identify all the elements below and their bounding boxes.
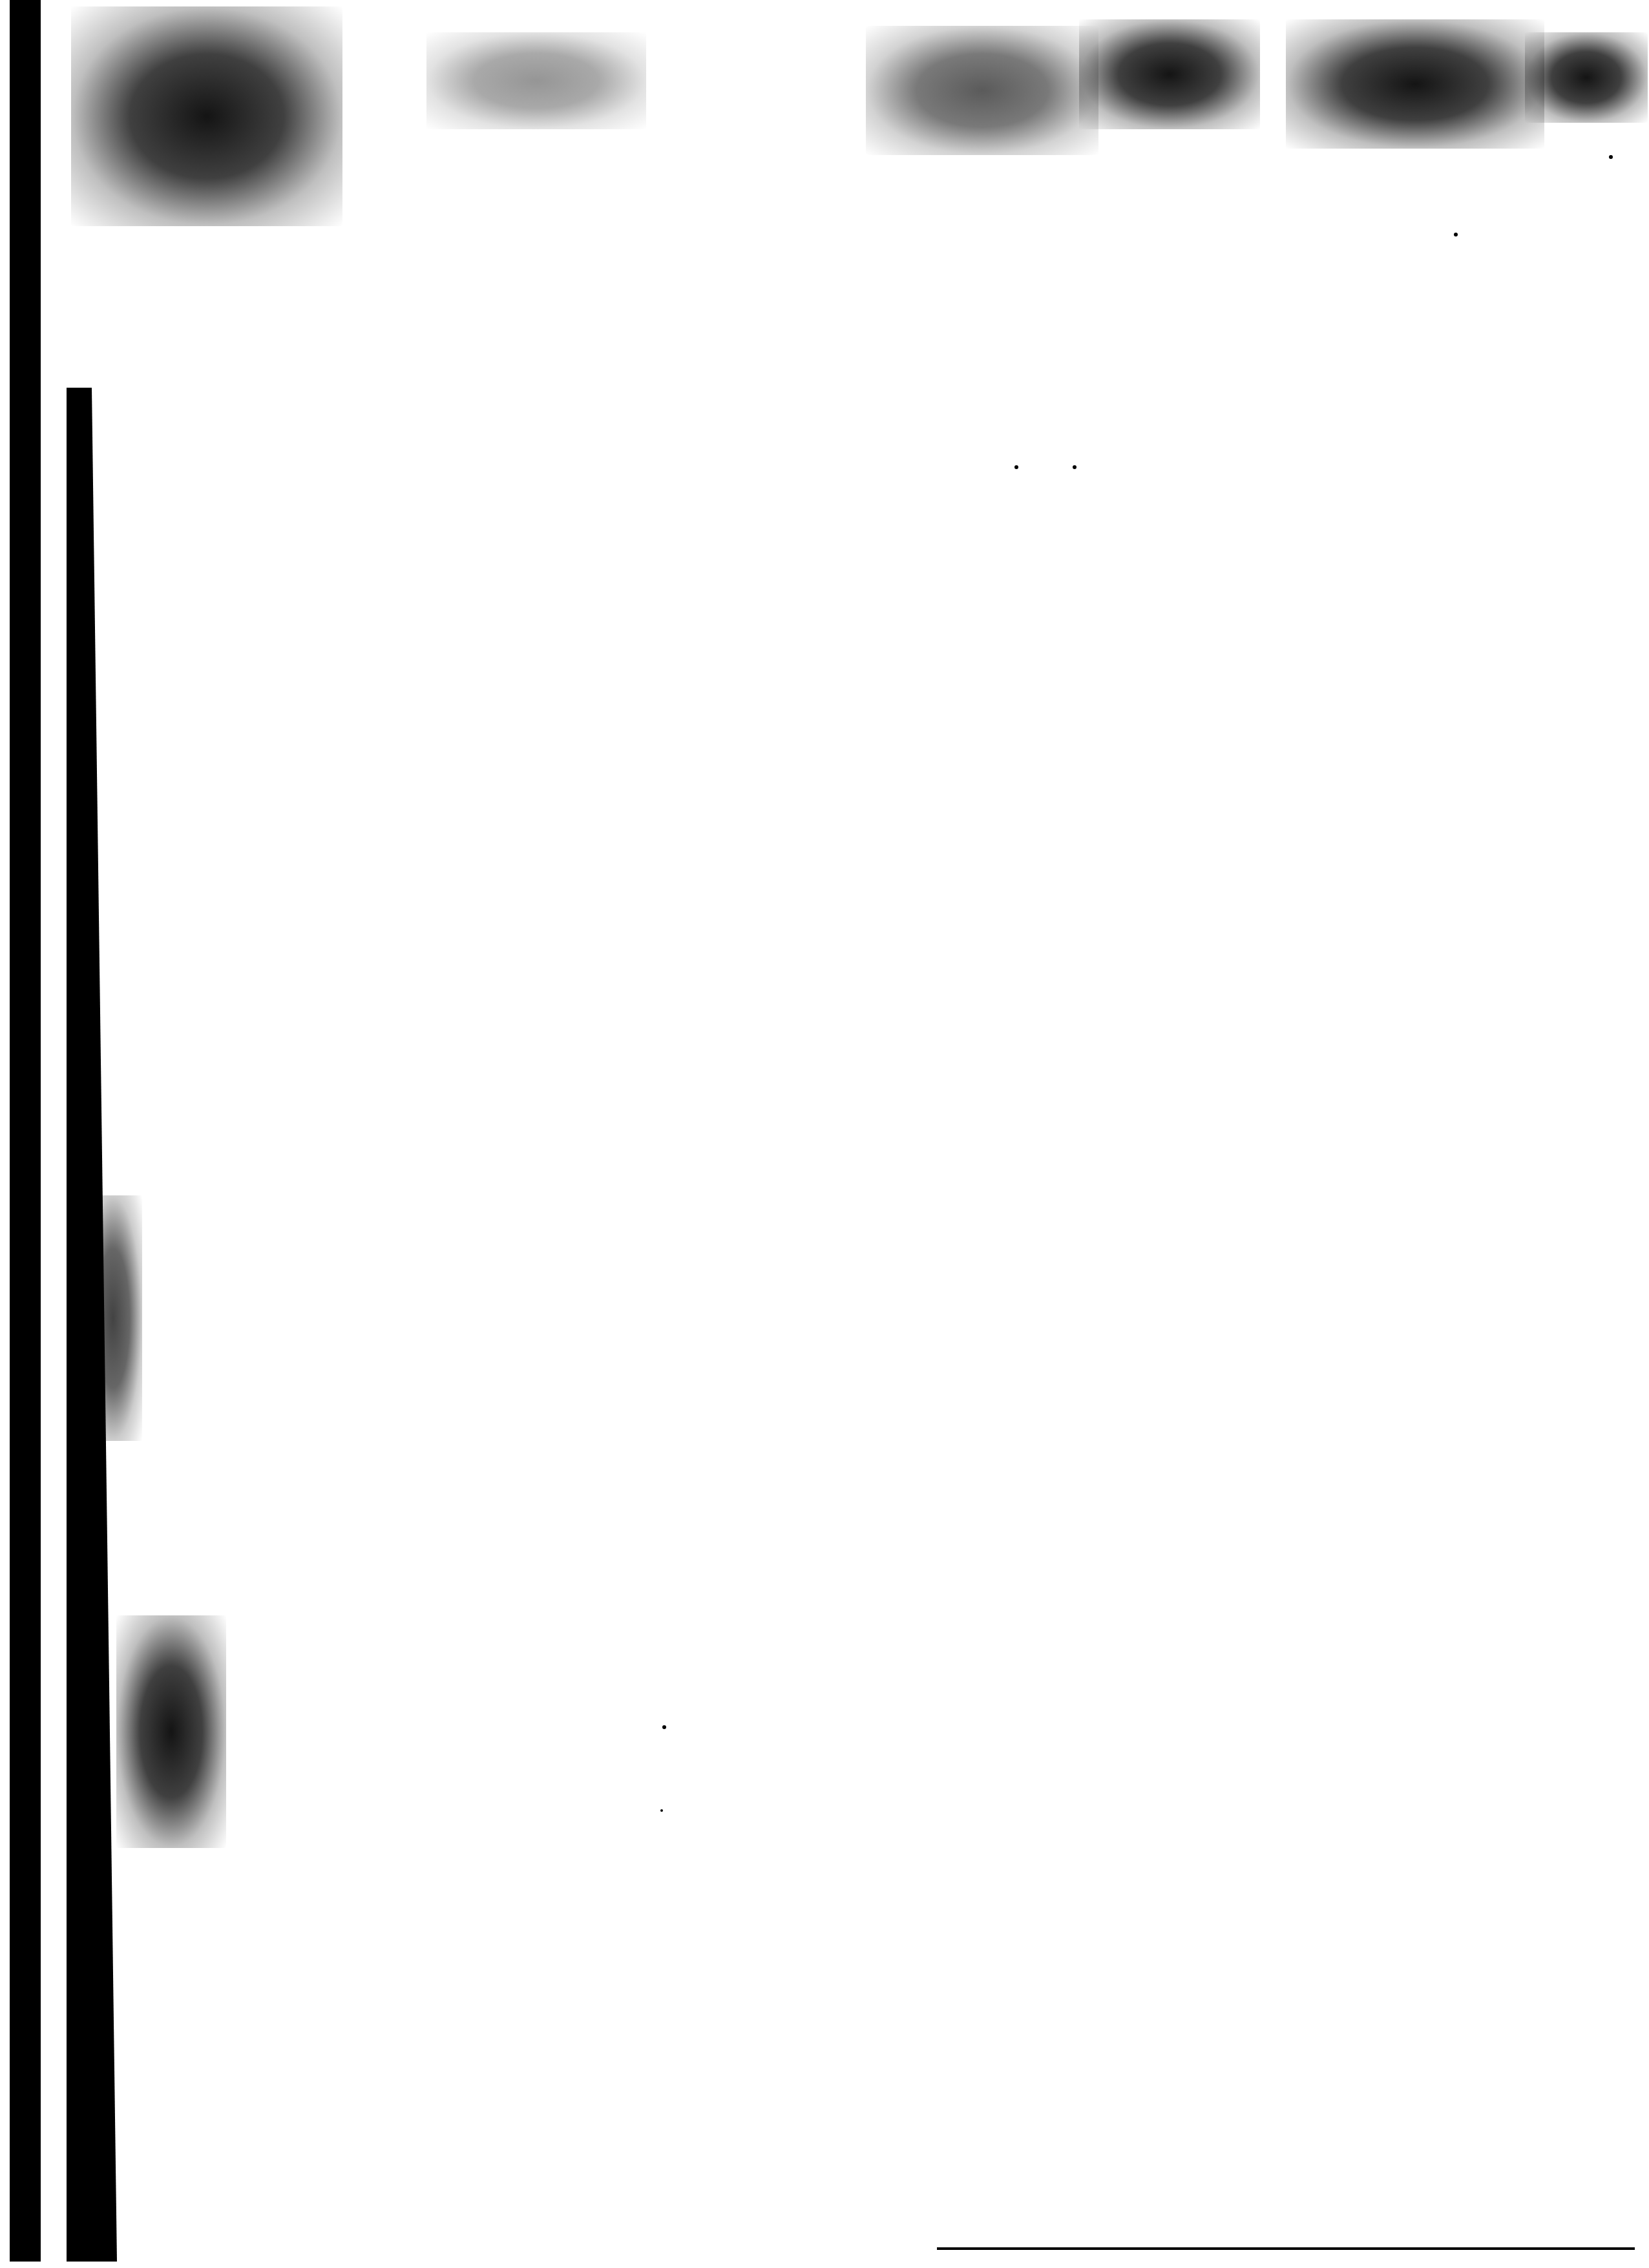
- ink-smudge-top: [426, 32, 646, 129]
- speck: [660, 1809, 663, 1812]
- ink-smudge-top: [866, 26, 1098, 155]
- speck: [1454, 233, 1458, 236]
- left-binding-bar: [10, 0, 41, 2262]
- speck: [1609, 155, 1613, 159]
- ink-smudge-top-right: [1525, 32, 1648, 123]
- ink-smudge-left: [116, 1615, 226, 1848]
- speck: [1073, 465, 1077, 469]
- bottom-rule: [937, 2247, 1635, 2250]
- speck: [1014, 465, 1018, 469]
- speck: [662, 1725, 666, 1729]
- ink-smudge-top-right: [1286, 19, 1544, 149]
- ink-smudge-top-left: [71, 6, 342, 226]
- ink-smudge-left: [84, 1195, 142, 1441]
- ink-smudge-top: [1079, 19, 1260, 129]
- binding-gap: [41, 0, 67, 2262]
